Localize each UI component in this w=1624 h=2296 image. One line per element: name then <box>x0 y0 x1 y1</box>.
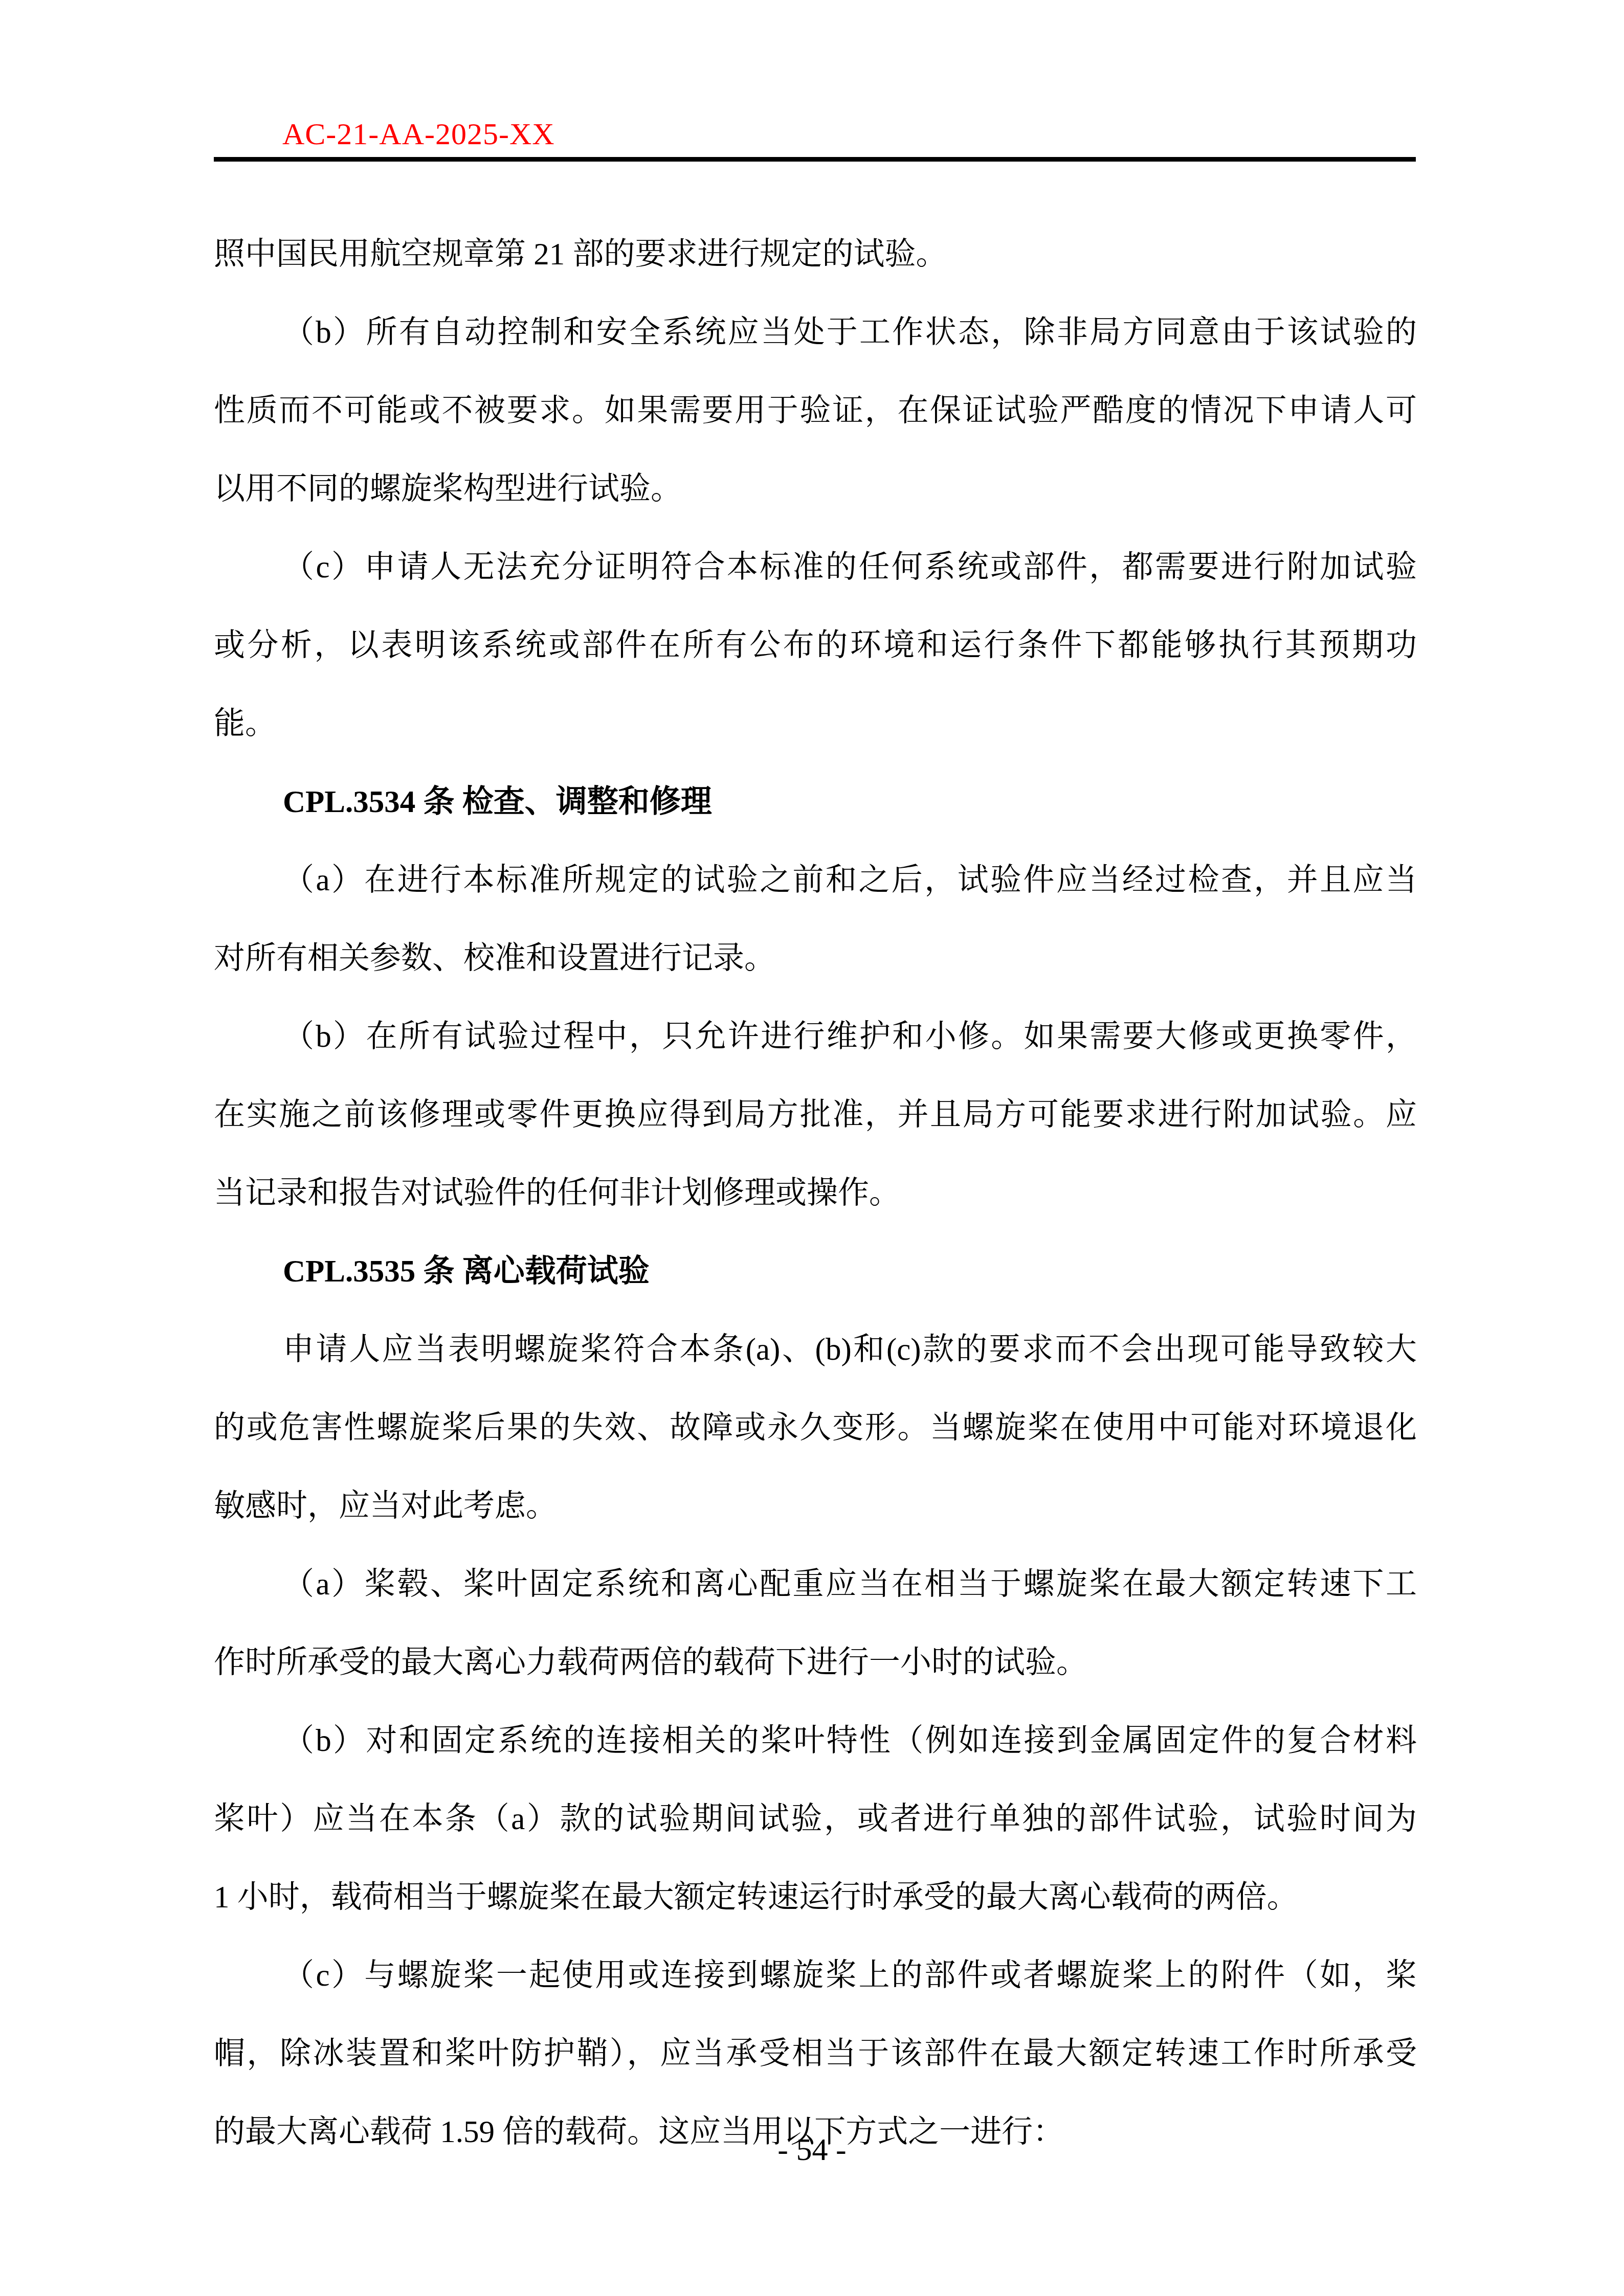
document-number: AC-21-AA-2025-XX <box>282 116 555 152</box>
text-line: （a）在进行本标准所规定的试验之前和之后，试验件应当经过检查，并且应当 <box>214 841 1417 919</box>
text-line: （b）对和固定系统的连接相关的桨叶特性（例如连接到金属固定件的复合材料 <box>214 1702 1417 1780</box>
text-line: 对所有相关参数、校准和设置进行记录。 <box>214 919 1417 998</box>
text-line: （c）与螺旋桨一起使用或连接到螺旋桨上的部件或者螺旋桨上的附件（如，桨 <box>214 1937 1417 2015</box>
text-line: 能。 <box>214 685 1417 763</box>
text-line: 的或危害性螺旋桨后果的失效、故障或永久变形。当螺旋桨在使用中可能对环境退化 <box>214 1389 1417 1467</box>
text-line: 敏感时，应当对此考虑。 <box>214 1467 1417 1545</box>
text-line: 照中国民用航空规章第 21 部的要求进行规定的试验。 <box>214 215 1417 294</box>
text-line: 在实施之前该修理或零件更换应得到局方批准，并且局方可能要求进行附加试验。应 <box>214 1076 1417 1154</box>
text-line: （c）申请人无法充分证明符合本标准的任何系统或部件，都需要进行附加试验 <box>214 528 1417 606</box>
text-line: （b）所有自动控制和安全系统应当处于工作状态，除非局方同意由于该试验的 <box>214 294 1417 372</box>
section-heading-cpl-3535: CPL.3535 条 离心载荷试验 <box>214 1232 1417 1311</box>
document-page: AC-21-AA-2025-XX 照中国民用航空规章第 21 部的要求进行规定的… <box>0 0 1624 2296</box>
text-line: 当记录和报告对试验件的任何非计划修理或操作。 <box>214 1154 1417 1232</box>
document-body: 照中国民用航空规章第 21 部的要求进行规定的试验。 （b）所有自动控制和安全系… <box>214 215 1417 2171</box>
text-line: 1 小时，载荷相当于螺旋桨在最大额定转速运行时承受的最大离心载荷的两倍。 <box>214 1858 1417 1937</box>
text-line: （b）在所有试验过程中，只允许进行维护和小修。如果需要大修或更换零件， <box>214 998 1417 1076</box>
text-line: 性质而不可能或不被要求。如果需要用于验证，在保证试验严酷度的情况下申请人可 <box>214 372 1417 450</box>
section-heading-cpl-3534: CPL.3534 条 检查、调整和修理 <box>214 763 1417 841</box>
page-number: - 54 - <box>0 2111 1624 2189</box>
text-line: 申请人应当表明螺旋桨符合本条(a)、(b)和(c)款的要求而不会出现可能导致较大 <box>214 1311 1417 1389</box>
text-line: 作时所承受的最大离心力载荷两倍的载荷下进行一小时的试验。 <box>214 1624 1417 1702</box>
text-line: 桨叶）应当在本条（a）款的试验期间试验，或者进行单独的部件试验，试验时间为 <box>214 1780 1417 1858</box>
text-line: 帽，除冰装置和桨叶防护鞘），应当承受相当于该部件在最大额定转速工作时所承受 <box>214 2015 1417 2093</box>
text-line: 以用不同的螺旋桨构型进行试验。 <box>214 450 1417 528</box>
text-line: （a）桨毂、桨叶固定系统和离心配重应当在相当于螺旋桨在最大额定转速下工 <box>214 1545 1417 1624</box>
text-line: 或分析，以表明该系统或部件在所有公布的环境和运行条件下都能够执行其预期功 <box>214 606 1417 685</box>
header-divider-rule <box>214 157 1416 162</box>
